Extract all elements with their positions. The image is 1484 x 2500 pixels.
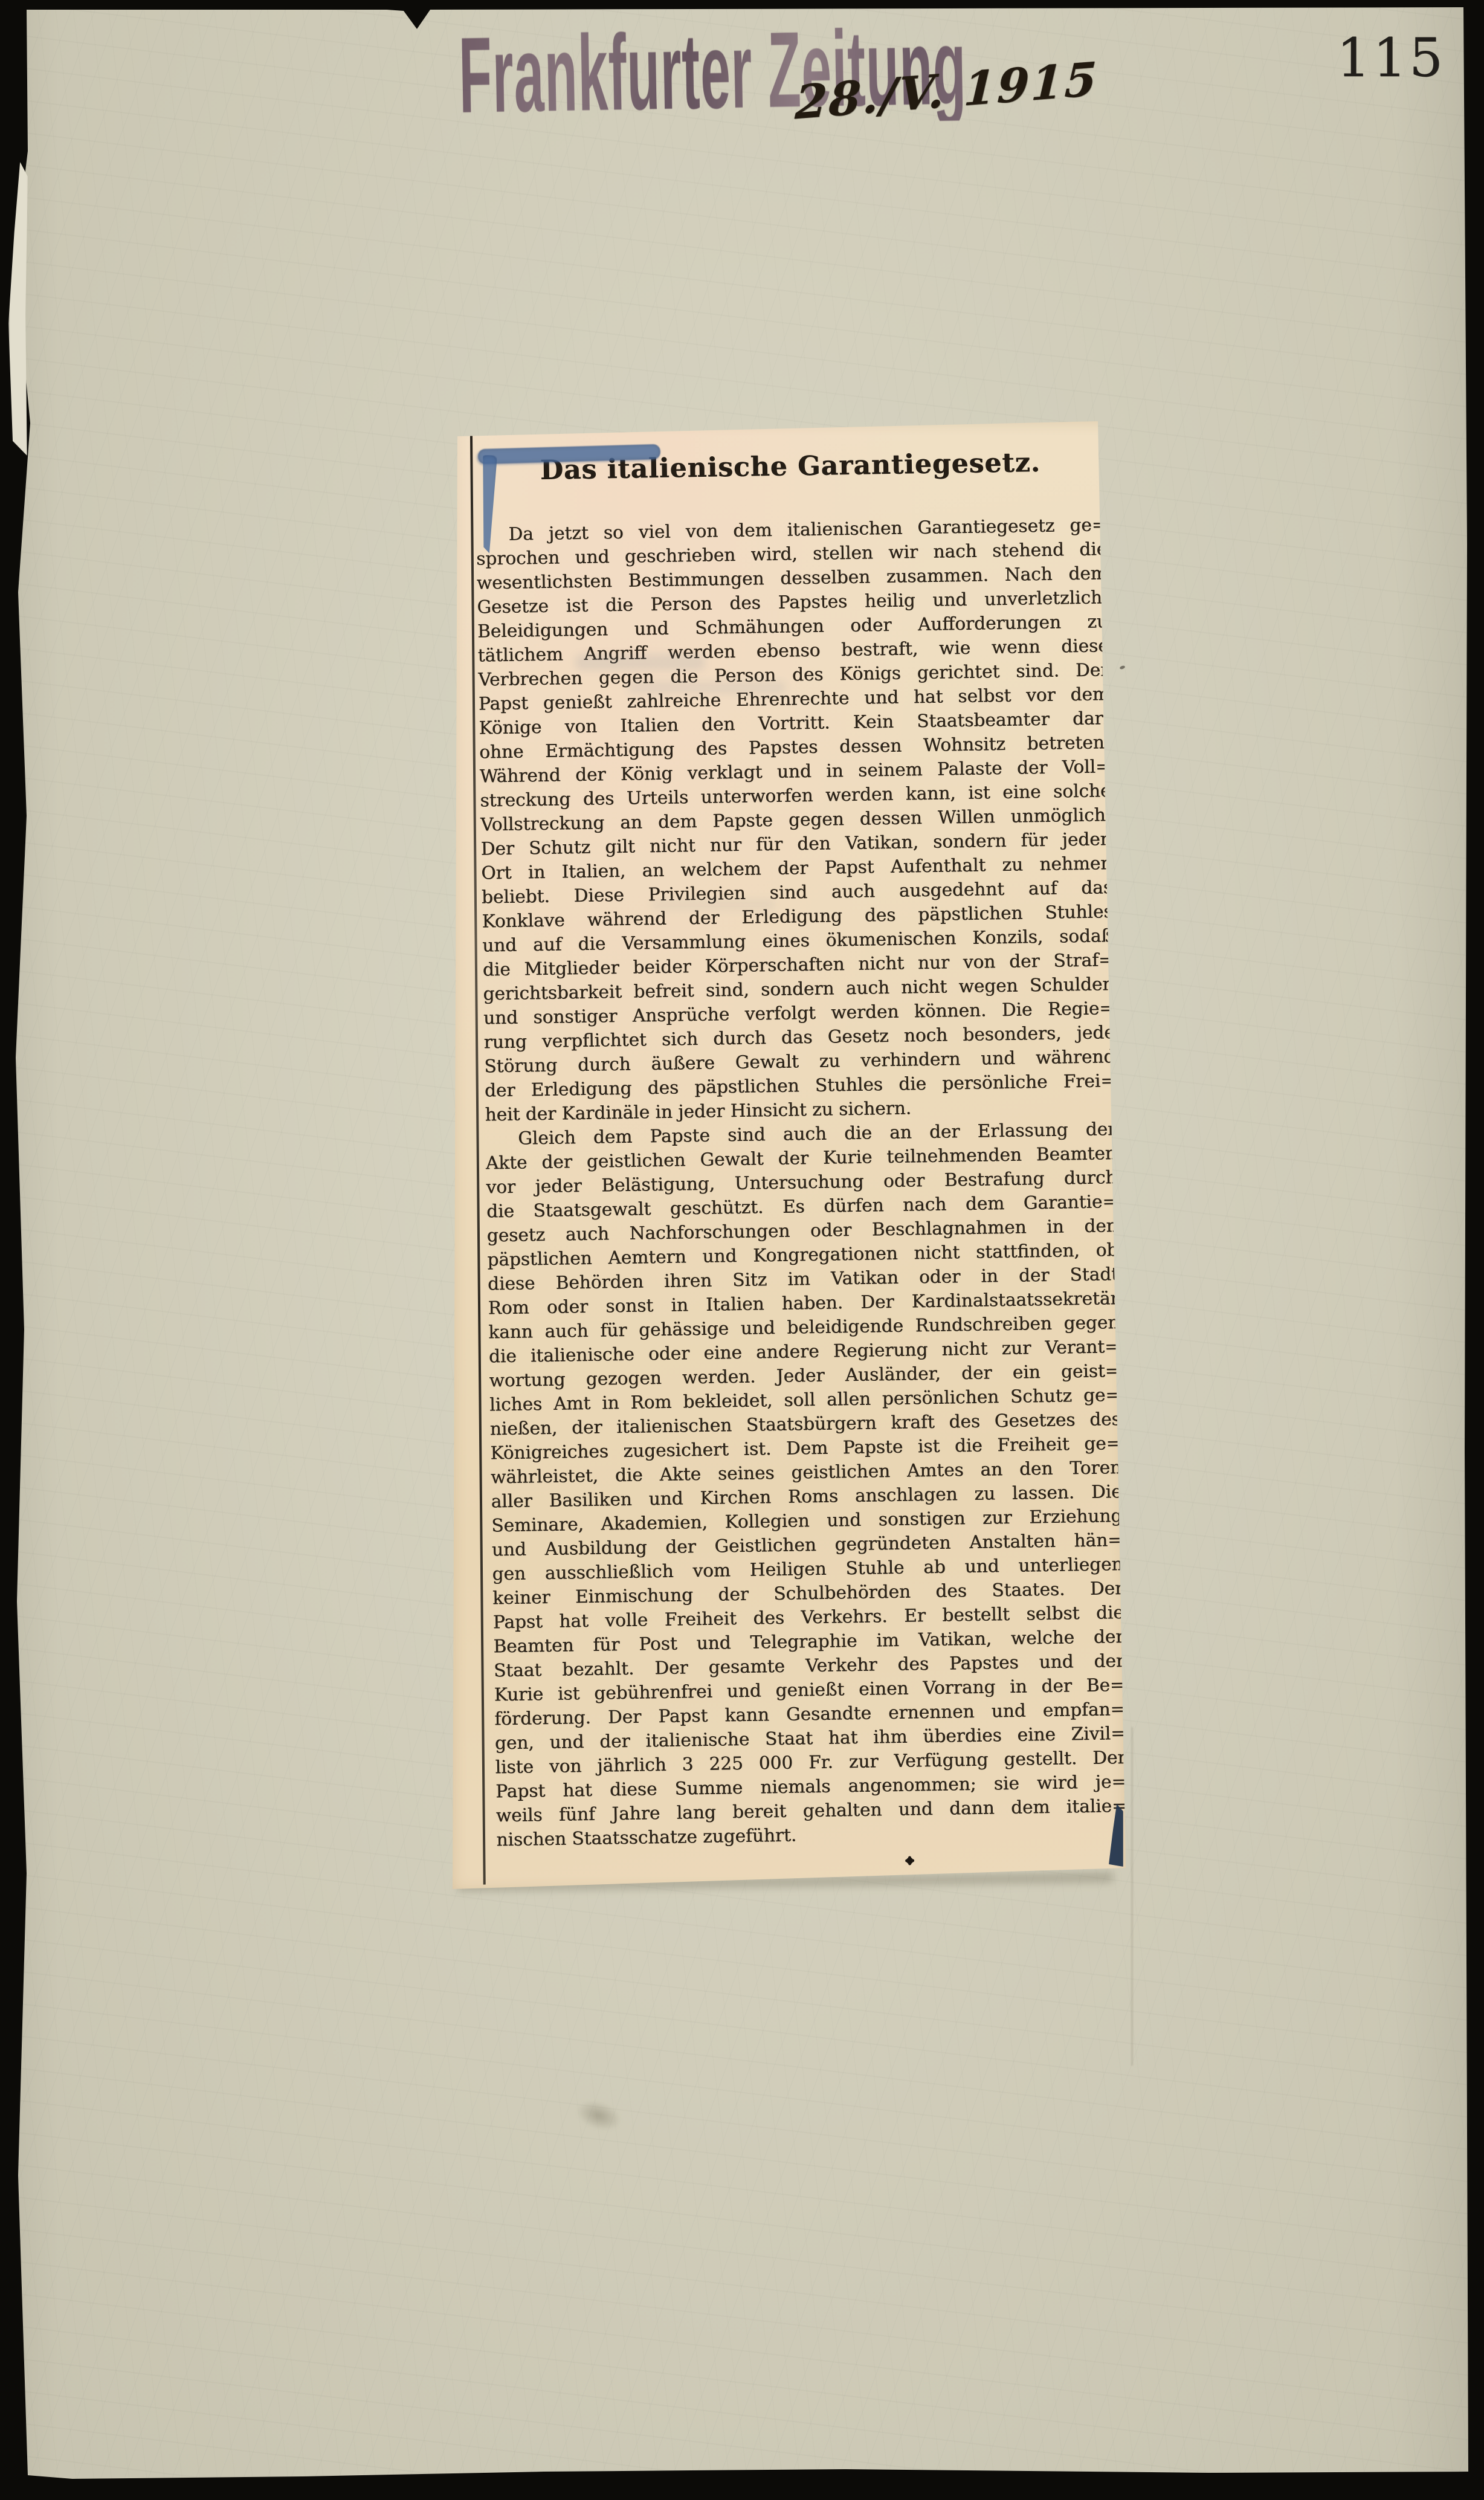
newspaper-clipping: Das italienische Garantiegesetz. Da jetz… (451, 420, 1127, 1892)
bleedthrough-ghost (651, 899, 775, 911)
album-page: Frankfurter Zeitung 28./V. 1915 115 Das … (0, 0, 1484, 2500)
scanned-album-page: { "page": { "stamp_text": "Frankfurter Z… (0, 0, 1484, 2500)
torn-edge-highlight (8, 162, 28, 456)
ink-speck (1119, 665, 1125, 670)
clipping-print-area: Das italienische Garantiegesetz. Da jetz… (457, 413, 1145, 1888)
fold-shadow (1131, 1727, 1133, 2066)
article-column: Das italienische Garantiegesetz. Da jetz… (474, 438, 1127, 1852)
paper-smudge (572, 2095, 625, 2136)
end-ornament-icon (906, 1857, 913, 1864)
bleedthrough-ghost (575, 654, 705, 670)
article-body: Da jetzt so viel von dem italienischen G… (476, 512, 1127, 1852)
page-number: 115 (1337, 31, 1445, 85)
bleedthrough-ghost (628, 681, 786, 694)
